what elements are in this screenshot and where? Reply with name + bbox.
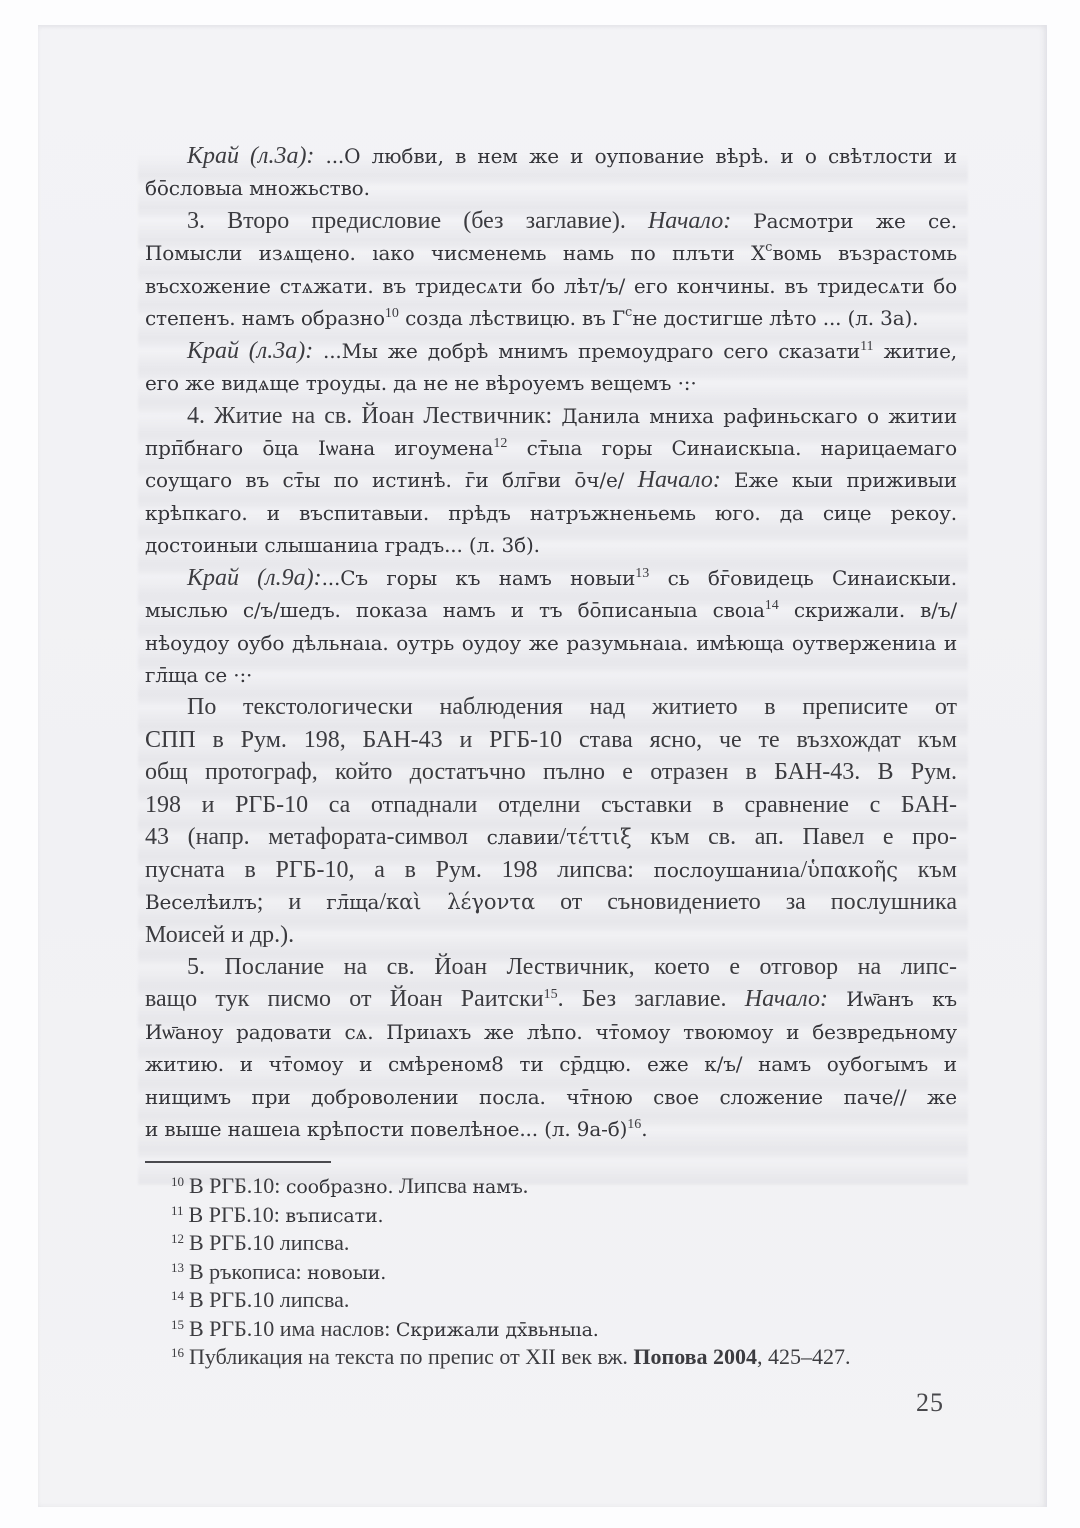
text-line: мыслью с/ъ/шедъ. показа намъ и тъ бо̄пис… [145,594,957,626]
footnote: 11В РГБ.10: въписати. [145,1201,957,1230]
text-line: По текстологически наблюдения над житиет… [145,691,957,723]
text-segment: общ протограф, който достатъчно пълно е … [145,759,957,785]
text-line: Край (л.9а):...Съ горы къ намъ новыи13 с… [145,562,957,594]
text-line: соущаго въ ст̄ы по истинѣ. г̄и блг̄ви о̄… [145,464,957,496]
text-segment: Попова 2004 [633,1344,757,1369]
text-segment: мыслью с/ъ/шедъ. показа намъ и тъ бо̄пис… [145,598,765,622]
text-segment: В РГБ.10 има наслов: [189,1316,396,1341]
text-segment: бо̄словыа множьство. [145,176,370,200]
text-segment: сь бг̄овидець Синаискыи. [649,566,957,590]
text-segment: намъ [472,1176,522,1198]
text-segment: Иѡ̄анъ къ [846,987,957,1011]
text-segment: В ръкописа: [189,1259,307,1284]
superscript-ref: 11 [860,339,873,354]
text-segment: гл̄ща се ·:· [145,663,252,687]
footnote-marker: 11 [171,1203,184,1218]
text-segment: . Без заглавие. [558,986,745,1012]
text-segment: прп̄бнаго о̄ца Іѡана игоумена [145,436,493,460]
text-segment: Веселѣилъ [145,890,257,914]
text-segment: не достигше лѣто ... (л. 3а). [632,306,918,330]
superscript-ref: 13 [635,566,649,581]
text-segment: гл̄ща [326,890,379,914]
text-line: 198 и РГБ-10 са отпаднали отделни състав… [145,789,957,821]
text-segment: ...Мы же добрѣ мнимъ премоудраго сего ск… [323,339,860,363]
text-segment: Иѡ̄аноу радовати сѧ. Приıахъ же лѣпо. чт… [145,1020,957,1044]
text-segment: . [523,1173,529,1198]
footnote-marker: 13 [171,1260,184,1275]
text-line: Моисей и др.). [145,919,957,951]
text-segment: В РГБ.10 липсва. [189,1287,349,1312]
text-segment: сообразно. [286,1176,393,1198]
text-segment: Край (л.3а): [187,143,325,169]
text-segment: . [641,1117,647,1141]
text-segment: ...Съ горы къ намъ новыи [322,566,636,590]
superscript-ref: 14 [765,598,779,613]
page-number: 25 [916,1388,944,1418]
footnote: 14В РГБ.10 липсва. [145,1286,957,1315]
text-segment: крѣпкаго. и въспитавыи. прѣдъ натръжнень… [145,501,957,525]
text-line: Иѡ̄аноу радовати сѧ. Приıахъ же лѣпо. чт… [145,1016,957,1048]
text-line: Помысли изѧщено. ıако чисменемь намь по … [145,237,957,269]
text-line: въсхожение стѧжати. въ тридесѧти бо лѣт/… [145,270,957,302]
text-segment: ; и [257,889,326,915]
text-segment: житию. и чт̄омоу и смѣреном8 ти ср̄дцю. … [145,1052,957,1076]
text-segment: 198 и РГБ-10 са отпаднали отделни състав… [145,792,957,818]
text-segment: скрижали. в/ъ/ [779,598,957,622]
footnote-marker: 15 [171,1317,184,1332]
text-segment: ὑπακοῆς [807,858,898,882]
footnote: 16Публикация на текста по препис от XII … [145,1343,957,1372]
text-segment: Еже кыи приживыи [734,468,957,492]
body-text: Край (л.3а): ...О любви, в нем же и оупо… [145,140,957,1146]
text-segment: Скрижали дх̄вьныıа. [396,1319,599,1341]
text-line: 5. Послание на св. Йоан Лествичник, коет… [145,951,957,983]
text-segment: , 425–427. [757,1344,851,1369]
text-line: житию. и чт̄омоу и смѣреном8 ти ср̄дцю. … [145,1048,957,1080]
text-segment: В РГБ.10: [189,1173,286,1198]
superscript-ref: 16 [627,1117,641,1132]
text-segment: ...О любви, в нем же и оупование вѣрѣ. и… [325,144,957,168]
footnote-marker: 16 [171,1345,184,1360]
text-segment: пусната в РГБ-10, а в Рум. 198 липсва: [145,857,654,883]
text-line: Край (л.3а): ...Мы же добрѣ мнимъ премоу… [145,335,957,367]
text-segment: 3. Второ предисловие (без заглавие). [187,208,648,234]
text-line: крѣпкаго. и въспитавыи. прѣдъ натръжнень… [145,497,957,529]
text-segment: 43 (напр. метафората-символ [145,824,487,850]
text-segment: 4. Житие на св. Йоан Лествичник: [187,403,561,429]
text-line: пусната в РГБ-10, а в Рум. 198 липсва: п… [145,854,957,886]
text-segment: нѣоудоу оубо дѣльнаıа. оутрь оудоу же ра… [145,631,957,655]
text-segment: В РГБ.10: [189,1202,286,1227]
text-segment: Липсва [393,1173,472,1198]
text-segment: към св. ап. Павел е про- [632,824,957,850]
text-line: Веселѣилъ; и гл̄ща/καὶ λέγοντα от сънови… [145,886,957,918]
superscript-ref: 10 [385,306,399,321]
footnote-marker: 12 [171,1231,184,1246]
text-segment: въсхожение стѧжати. въ тридесѧти бо лѣт/… [145,274,957,298]
text-line: достоиныи слышаниıа градъ... (л. 3б). [145,529,957,561]
text-segment: нищимъ при доброволении посла. чт̄ною св… [145,1085,957,1113]
footnote: 13В ръкописа: новоыи. [145,1258,957,1287]
text-segment: По текстологически наблюдения над житиет… [187,694,957,720]
text-segment: / [379,889,386,915]
text-line: прп̄бнаго о̄ца Іѡана игоумена12 ст̄ыıа г… [145,432,957,464]
text-segment: от съновидението за послушника [535,889,957,915]
footnotes-section: 10В РГБ.10: сообразно. Липсва намъ.11В Р… [145,1161,957,1372]
text-line: его же видѧще троуды. да не не вѣроуемъ … [145,367,957,399]
text-line: и выше нашеıа крѣпости повелѣное... (л. … [145,1113,957,1145]
text-line: 43 (напр. метафората-символ славии/τέττι… [145,821,957,853]
text-segment: Помысли изѧщено. ıако чисменемь намь по … [145,241,765,265]
footnote-marker: 14 [171,1288,184,1303]
text-segment: Начало: [648,208,753,234]
text-line: бо̄словыа множьство. [145,172,957,204]
text-segment: Расмотри же се. [753,209,957,233]
scanned-book-page: Край (л.3а): ...О любви, в нем же и оупо… [38,25,1047,1507]
text-line: нѣоудоу оубо дѣльнаıа. оутрь оудоу же ра… [145,627,957,659]
superscript-ref: 12 [493,436,507,451]
text-line: 3. Второ предисловие (без заглавие). Нач… [145,205,957,237]
text-line: ващо тук писмо от Йоан Раитски15. Без за… [145,983,957,1015]
text-line: Край (л.3а): ...О любви, в нем же и оупо… [145,140,957,172]
text-line: 4. Житие на св. Йоан Лествичник: Данила … [145,400,957,432]
text-segment: καὶ λέγοντα [386,890,535,914]
text-segment: достоиныи слышаниıа градъ... (л. 3б). [145,533,540,557]
footnote-list: 10В РГБ.10: сообразно. Липсва намъ.11В Р… [145,1172,957,1372]
superscript-ref: с [625,305,632,320]
footnote: 12В РГБ.10 липсва. [145,1229,957,1258]
text-segment: Начало: [745,986,846,1012]
text-segment: към [898,857,957,883]
text-line: СПП в Рум. 198, БАН-43 и РГБ-10 става яс… [145,724,957,756]
text-segment: τέττιξ [566,825,632,849]
footnote: 15В РГБ.10 има наслов: Скрижали дх̄вьныı… [145,1315,957,1344]
text-segment: В РГБ.10 липсва. [189,1230,349,1255]
superscript-ref: 15 [544,987,558,1002]
text-segment: ващо тук писмо от Йоан Раитски [145,986,544,1012]
text-line: нищимъ при доброволении посла. чт̄ною св… [145,1081,957,1113]
footnote-separator [145,1161,331,1163]
superscript-ref: с [765,240,772,255]
text-segment: вомь възрастомь [772,241,957,265]
text-segment: соущаго въ ст̄ы по истинѣ. г̄и блг̄ви о̄… [145,468,638,492]
text-line: общ протограф, който достатъчно пълно е … [145,756,957,788]
text-segment: степенъ. намъ образно [145,306,385,330]
text-segment: Край (л.9а): [187,565,322,591]
text-segment: житие, [874,339,957,363]
text-segment: Публикация на текста по препис от XII ве… [189,1344,633,1369]
text-segment: послоушаниıа [654,858,801,882]
text-segment: Край (л.3а): [187,338,323,364]
text-segment: СПП в Рум. 198, БАН-43 и РГБ-10 става яс… [145,727,957,753]
text-segment: въписати. [285,1205,383,1227]
text-segment: созда лѣствицю. въ Г [399,306,625,330]
text-segment: и выше нашеıа крѣпости повелѣное... (л. … [145,1117,627,1141]
text-line: степенъ. намъ образно10 созда лѣствицю. … [145,302,957,334]
text-segment: Начало: [638,467,734,493]
text-segment: новоыи. [307,1262,386,1284]
text-line: гл̄ща се ·:· [145,659,957,691]
text-segment: Моисей и др.). [145,922,294,948]
text-segment: его же видѧще троуды. да не не вѣроуемъ … [145,371,697,395]
text-segment: Данила мниха рафиньскаго о житии [561,404,957,428]
text-segment: 5. Послание на св. Йоан Лествичник, коет… [187,954,957,980]
footnote-marker: 10 [171,1174,184,1189]
text-segment: славии [487,825,560,849]
footnote: 10В РГБ.10: сообразно. Липсва намъ. [145,1172,957,1201]
